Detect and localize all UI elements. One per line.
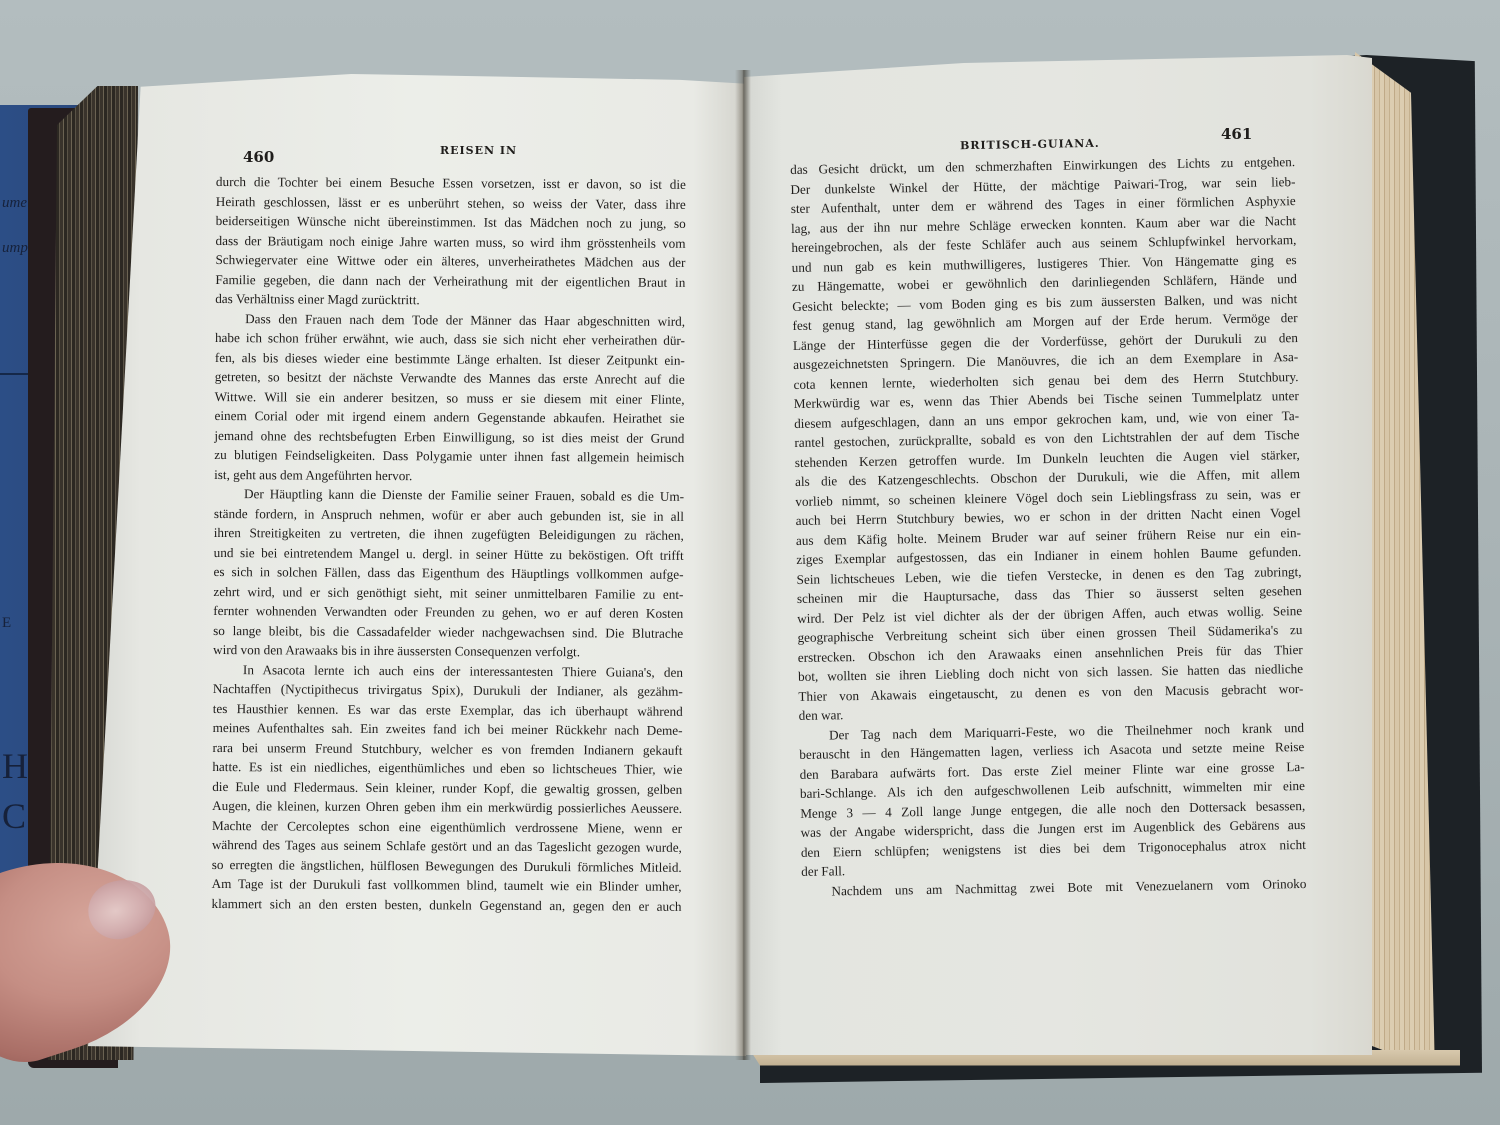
page-number: 461 (1221, 125, 1252, 143)
text-line: einem Corial oder mit irgend einem ander… (214, 406, 684, 428)
text-line: Der Häuptling kann die Dienste der Famil… (214, 484, 684, 506)
text-line: Am Tage ist der Durukuli fast vollkommen… (212, 874, 682, 896)
text-line: zu blutigen Feindseligkeiten. Dass Polyg… (214, 445, 684, 467)
page-number: 460 (243, 148, 274, 166)
text-line: durch die Tochter bei einem Besuche Esse… (216, 172, 686, 194)
text-line: habe ich schon früher erwähnt, wie auch,… (215, 328, 685, 350)
blue-book-text-fragment: ume (2, 195, 27, 212)
text-line: das Verhältniss einer Magd zurücktritt. (215, 289, 685, 311)
text-line: es sich in solchen Fällen, dass das Eige… (213, 562, 683, 584)
text-line: Schwiegervater eine Wittwe oder ein älte… (215, 250, 685, 272)
text-line: Augen, die kleinen, kurzen Ohren geben i… (212, 796, 682, 818)
text-line: während des Tages aus seinem Schlafe ges… (212, 835, 682, 857)
left-page-body-text: durch die Tochter bei einem Besuche Esse… (211, 172, 686, 916)
text-line: beiderseitigen Wünsche nicht übereinstim… (216, 211, 686, 233)
right-page-body-text: das Gesicht drückt, um den schmerzhaften… (790, 152, 1307, 901)
left-page: 460 REISEN IN durch die Tochter bei eine… (88, 72, 746, 1056)
blue-book-text-fragment: H (2, 745, 28, 787)
blue-book-text-fragment: C (2, 795, 26, 837)
text-line: getreten, so besitzt der nächste Verwand… (215, 367, 685, 389)
book-gutter (735, 70, 751, 1060)
text-line: ihren Streitigkeiten zu vertreten, die i… (214, 523, 684, 545)
running-header: REISEN IN (440, 144, 517, 157)
text-line: hatte. Es ist ein niedliches, eigenthüml… (212, 757, 682, 779)
text-line: meines Aufenthaltes sah. Ein zweites fan… (213, 718, 683, 740)
text-line: fernter wohnenden Verwandten oder Freund… (213, 601, 683, 623)
text-line: klammert sich an den ersten besten, dunk… (211, 893, 681, 915)
blue-book-text-fragment: ump (2, 240, 28, 257)
text-line: wird von den Arawaaks bis in ihre äusser… (213, 640, 683, 662)
text-line: Nachtaffen (Nyctipithecus trivirgatus Sp… (213, 679, 683, 701)
right-page: BRITISCH-GUIANA. 461 das Gesicht drückt,… (744, 55, 1372, 1055)
blue-book-text-fragment: E (2, 615, 11, 632)
running-header: BRITISCH-GUIANA. (960, 137, 1100, 152)
